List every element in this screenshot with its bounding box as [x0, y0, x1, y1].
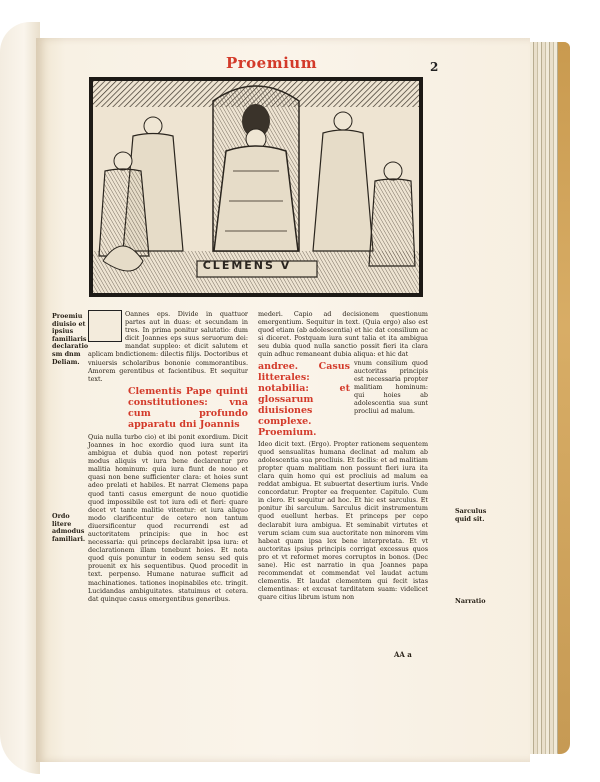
margin-gloss-left-1: Proemiu diuisio et ipsius familiaris dec…: [52, 313, 90, 366]
decorated-initial-icon: [88, 310, 122, 342]
margin-gloss-left-2: Ordo litere admodus familiari.: [52, 513, 90, 543]
folio-number: 2: [430, 60, 438, 74]
signature-mark: AA a: [394, 650, 412, 659]
rubric-subtitle: andree. Casus litterales: notabilia: et …: [258, 361, 350, 438]
text-column-left: Oannes eps. Divide in quattuor partes au…: [88, 310, 248, 603]
margin-gloss-right-1: Sarculus quid sit.: [455, 508, 495, 523]
column-right-opening: mederi. Capio ad decisionem questionum e…: [258, 310, 428, 359]
column-left-body: Quia nulla turbo cio) et ibi ponit exord…: [88, 433, 248, 603]
left-page-edge: [0, 22, 40, 774]
fore-edge: [526, 42, 570, 754]
woodcut-caption: CLEMENS V: [192, 259, 302, 272]
running-head: Proemium: [226, 54, 317, 72]
margin-gloss-right-2: Narratio: [455, 598, 495, 606]
binding-edge: [558, 42, 570, 754]
rubric-title: Clementis Pape quinti constitutiones: vn…: [128, 386, 248, 430]
column-right-body: Ideo dicit text. (Ergo). Propter ratione…: [258, 440, 428, 602]
text-column-right: mederi. Capio ad decisionem questionum e…: [258, 310, 428, 601]
